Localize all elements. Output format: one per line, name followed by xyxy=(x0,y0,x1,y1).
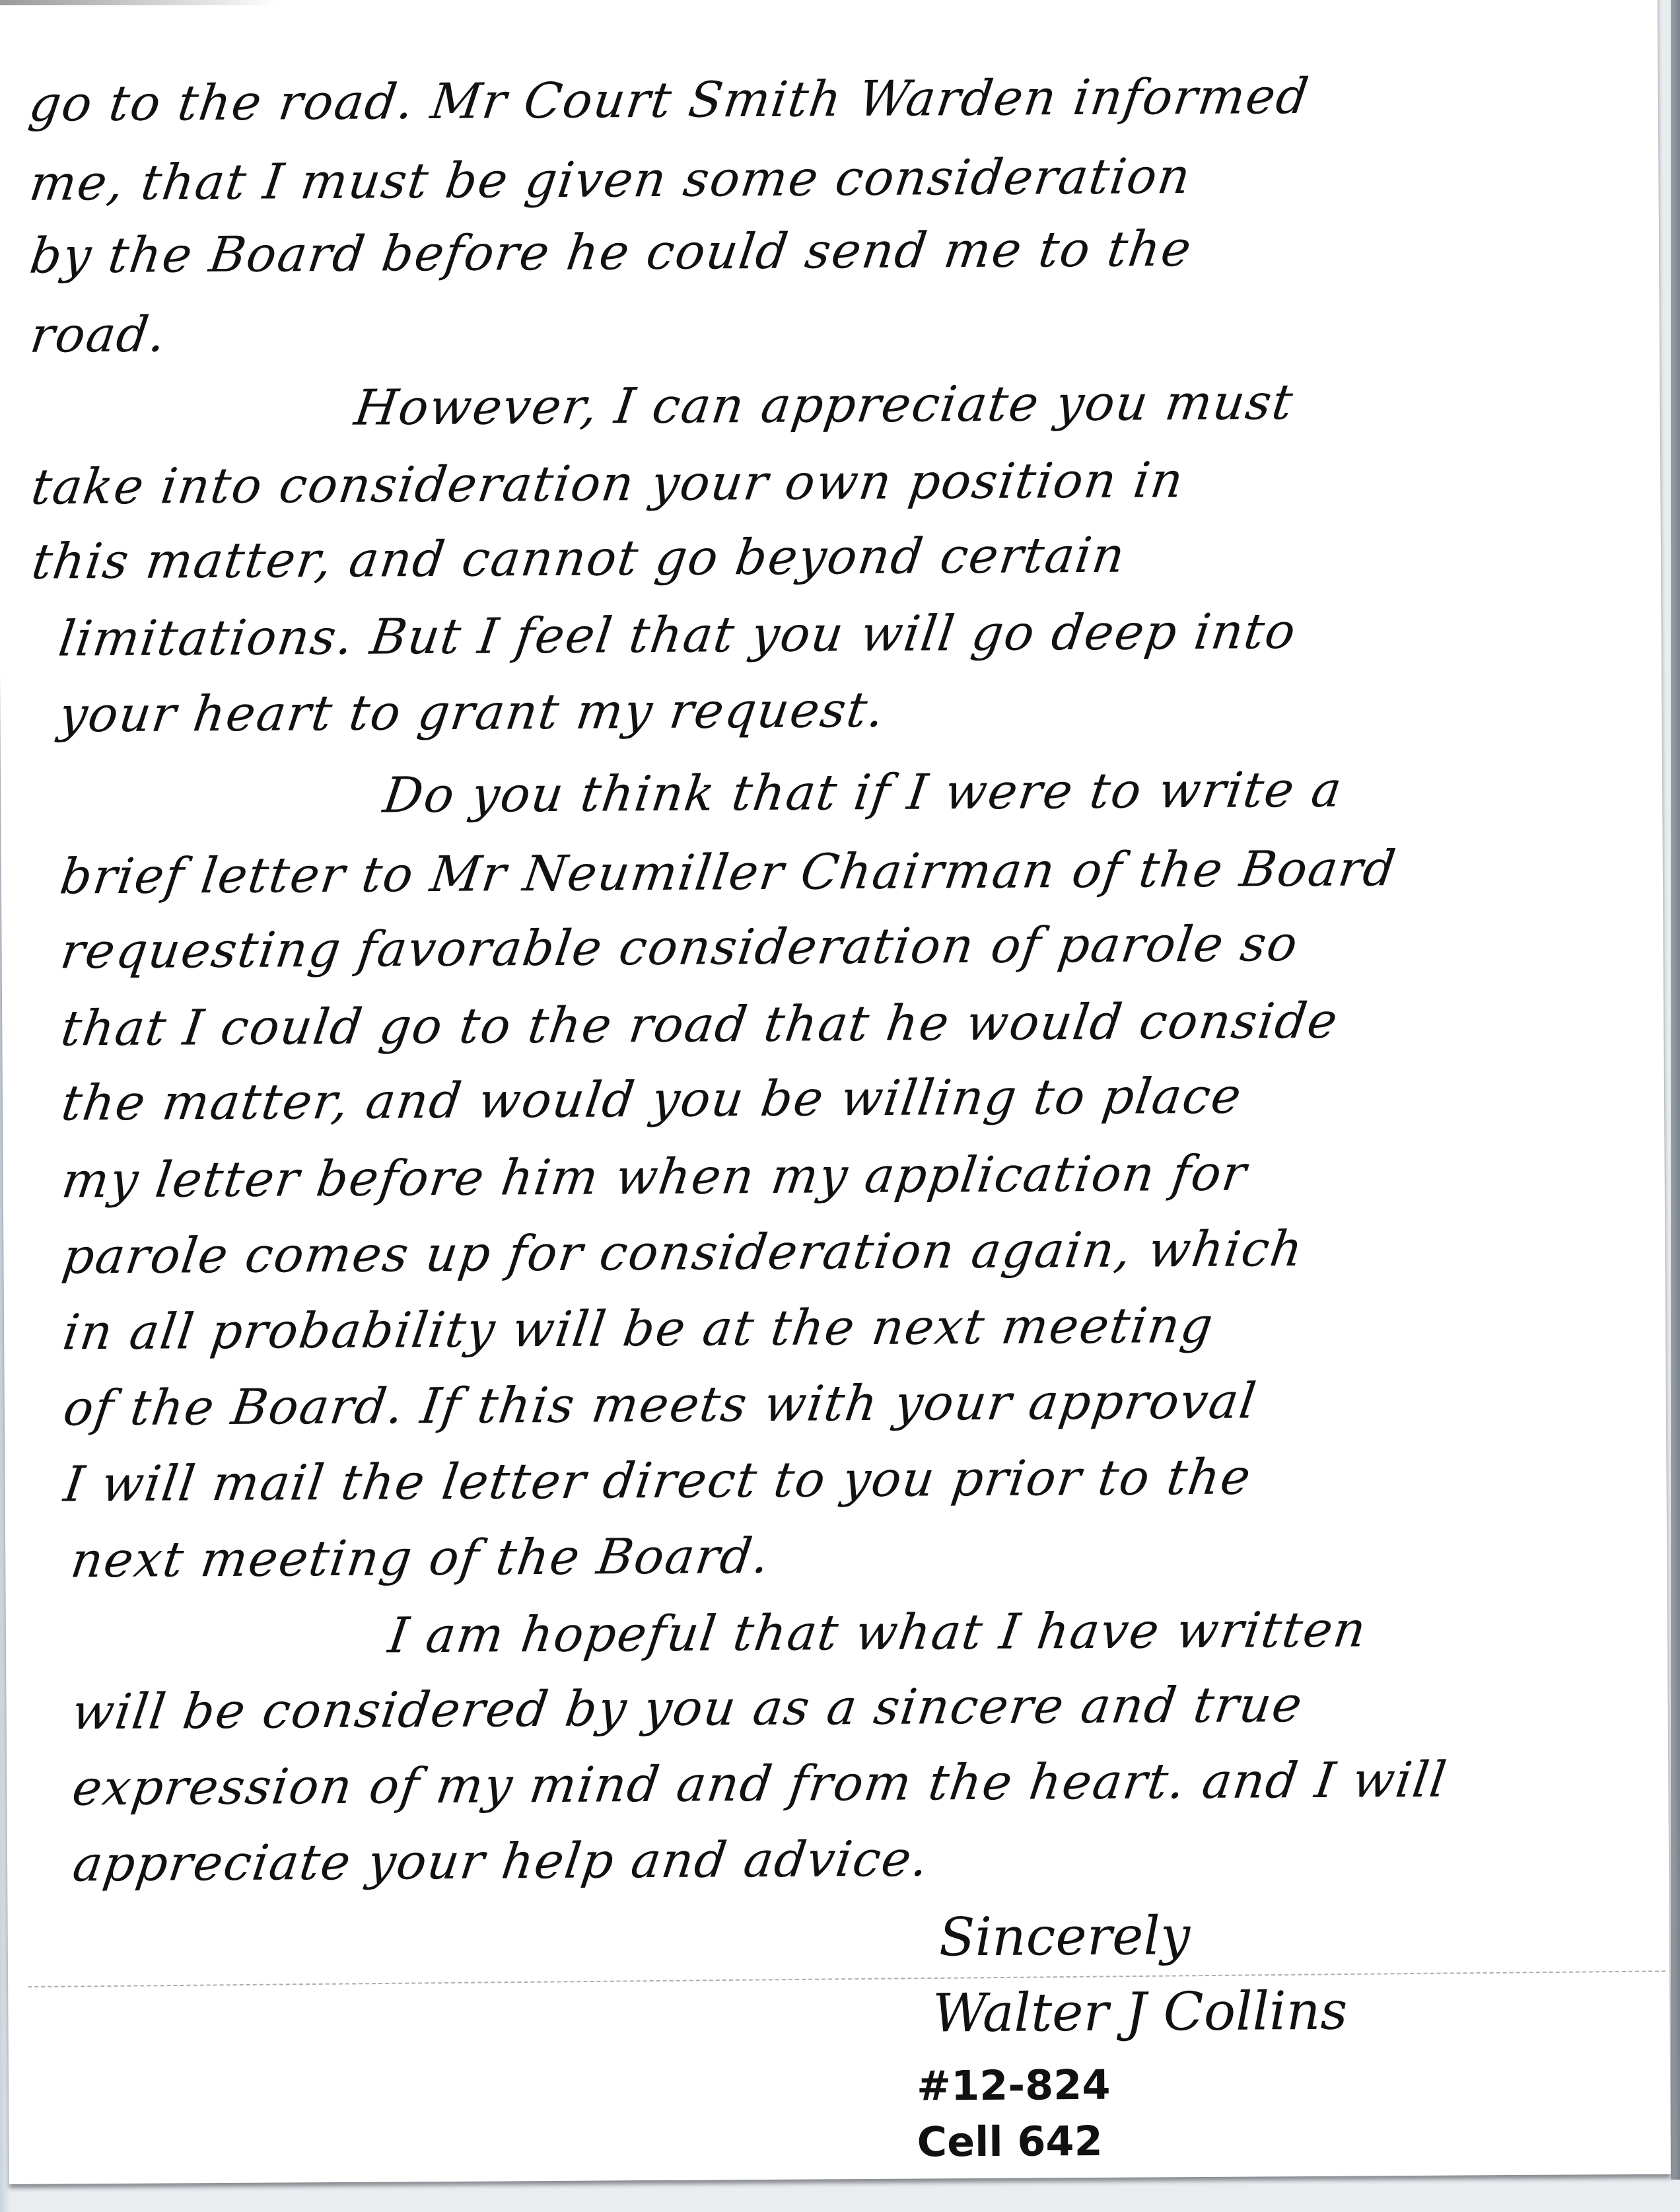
letter-line: by the Board before he could send me to … xyxy=(26,221,1195,285)
letter-line: in all probability will be at the next m… xyxy=(59,1297,1217,1361)
scan-right-edge xyxy=(1671,0,1680,2180)
letter-line: requesting favorable consideration of pa… xyxy=(57,915,1302,980)
scan-shadow xyxy=(0,0,277,5)
cell-number: Cell 642 xyxy=(917,2117,1103,2166)
letter-line: next meeting of the Board. xyxy=(67,1528,773,1589)
letter-line: that I could go to the road that he woul… xyxy=(58,993,1342,1057)
letter-line: this matter, and cannot go beyond certai… xyxy=(28,527,1129,590)
signature: Walter J Collins xyxy=(932,1980,1347,2044)
letter-line: expression of my mind and from the heart… xyxy=(69,1752,1451,1817)
letter-line: me, that I must be given some considerat… xyxy=(26,148,1195,212)
inmate-number: #12-824 xyxy=(917,2061,1111,2110)
letter-line: limitations. But I feel that you will go… xyxy=(55,603,1300,668)
letter-line: your heart to grant my request. xyxy=(56,682,889,744)
letter-line: However, I can appreciate you must xyxy=(351,374,1298,437)
letter-line: my letter before him when my application… xyxy=(59,1145,1251,1209)
letter-line: appreciate your help and advice. xyxy=(69,1830,932,1892)
perforation-line xyxy=(28,1970,1665,1987)
letter-line: parole comes up for consideration again,… xyxy=(59,1221,1308,1285)
letter-line: go to the road. Mr Court Smith Warden in… xyxy=(26,68,1313,133)
letter-line: I will mail the letter direct to you pri… xyxy=(61,1448,1255,1513)
letter-line: will be considered by you as a sincere a… xyxy=(69,1676,1307,1740)
letter-line: I am hopeful that what I have written xyxy=(385,1601,1370,1664)
letter-line: Do you think that if I were to write a xyxy=(380,762,1346,824)
letter-page: go to the road. Mr Court Smith Warden in… xyxy=(0,0,1671,2184)
closing: Sincerely xyxy=(938,1905,1190,1968)
letter-line: the matter, and would you be willing to … xyxy=(58,1068,1245,1132)
letter-line: take into consideration your own positio… xyxy=(28,452,1188,516)
letter-line: road. xyxy=(27,306,170,363)
letter-line: of the Board. If this meets with your ap… xyxy=(60,1373,1260,1437)
letter-line: brief letter to Mr Neumiller Chairman of… xyxy=(57,840,1400,905)
